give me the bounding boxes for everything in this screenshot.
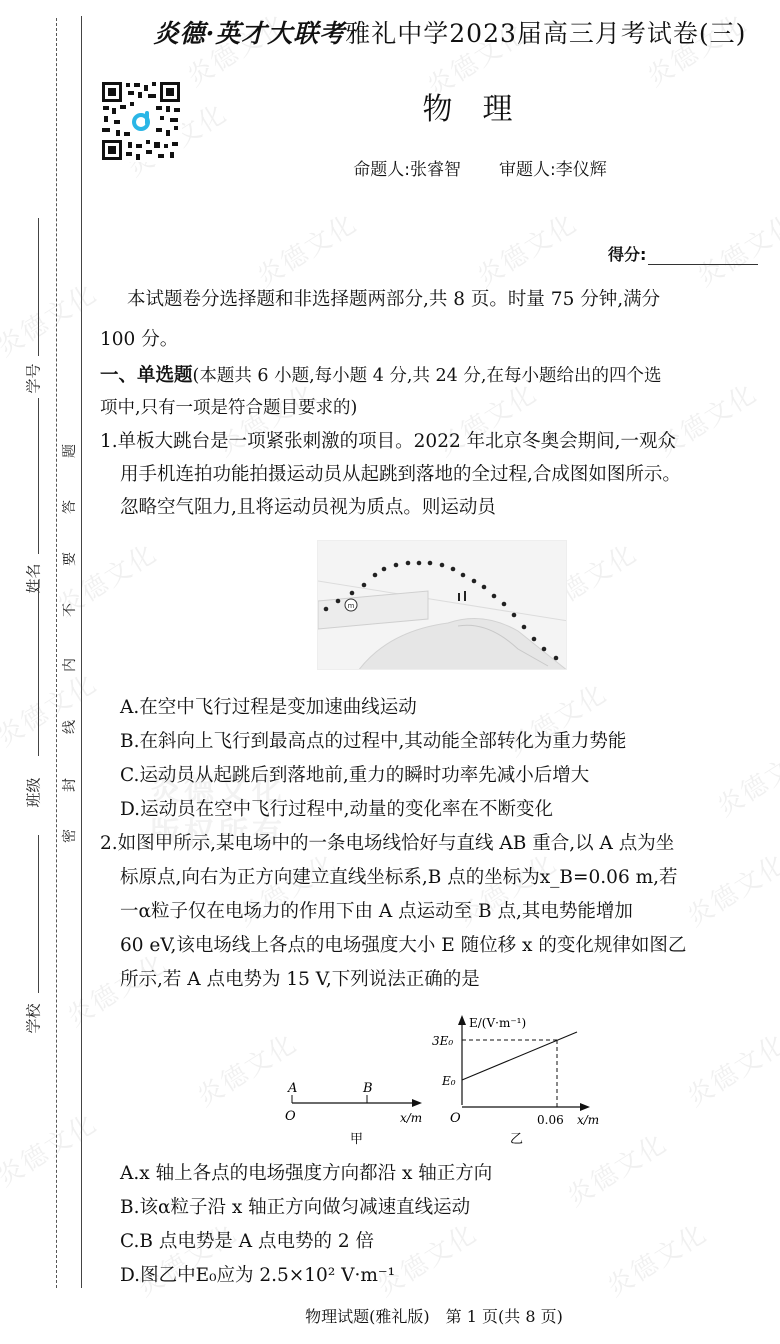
- question-2-line-5: 所示,若 A 点电势为 15 V,下列说法正确的是: [100, 964, 768, 995]
- seal-char: 密: [59, 828, 79, 844]
- section-1-heading: 一、单选题(本题共 6 小题,每小题 4 分,共 24 分,在每小题给出的四个选: [100, 360, 768, 392]
- class-line[interactable]: [38, 580, 39, 756]
- author-label: 命题人:张睿智: [353, 160, 461, 180]
- point-a-label: A: [287, 1081, 297, 1096]
- question-2-line-1: 2.如图甲所示,某电场中的一条电场线恰好与直线 AB 重合,以 A 点为坐: [100, 828, 768, 859]
- option-label: A.: [120, 1163, 139, 1184]
- q1-option-c[interactable]: C.运动员从起跳后到落地前,重力的瞬时功率先减小后增大: [100, 760, 768, 791]
- x-axis-label: x/m: [400, 1111, 422, 1125]
- question-stem: 单板大跳台是一项紧张刺激的项目。2022 年北京冬奥会期间,一观众: [118, 431, 676, 452]
- question-stem: 如图甲所示,某电场中的一条电场线恰好与直线 AB 重合,以 A 点为坐: [118, 833, 675, 854]
- question-1-line-3: 忽略空气阻力,且将运动员视为质点。则运动员: [100, 492, 768, 523]
- name-line[interactable]: [38, 398, 39, 554]
- exam-title: 炎德·英才大联考雅礼中学2023届高三月考试卷(三): [130, 14, 770, 50]
- score-blank[interactable]: [648, 247, 758, 265]
- seal-char: 不: [59, 602, 79, 618]
- score-field: 得分:: [608, 242, 758, 265]
- y-tick-e0: E₀: [441, 1074, 456, 1088]
- option-text: 该α粒子沿 x 轴正方向做匀减速直线运动: [139, 1197, 470, 1218]
- seal-char: 答: [59, 499, 79, 515]
- option-label: B.: [120, 731, 139, 752]
- option-text: B 点电势是 A 点电势的 2 倍: [139, 1231, 374, 1252]
- q1-option-a[interactable]: A.在空中飞行过程是变加速曲线运动: [100, 692, 768, 723]
- svg-text:m: m: [348, 602, 355, 610]
- school-label: 学校: [23, 1012, 44, 1034]
- seal-char: 线: [59, 719, 79, 735]
- x-axis-label: x/m: [577, 1113, 599, 1127]
- intro-line-1: 本试题卷分选择题和非选择题两部分,共 8 页。时量 75 分钟,满分: [100, 284, 768, 315]
- seal-char: 封: [59, 777, 79, 793]
- subject-title: 物理: [100, 84, 780, 128]
- intro-line-2: 100 分。: [100, 324, 768, 355]
- option-text: 图乙中E₀应为 2.5×10² V·m⁻¹: [140, 1265, 395, 1286]
- page-footer: 物理试题(雅礼版) 第 1 页(共 8 页): [100, 1304, 768, 1327]
- option-label: C.: [120, 765, 139, 786]
- x-tick-0.06: 0.06: [537, 1113, 564, 1127]
- option-text: 在空中飞行过程是变加速曲线运动: [139, 697, 417, 718]
- student-id-line[interactable]: [38, 218, 39, 356]
- question-1-line-1: 1.单板大跳台是一项紧张刺激的项目。2022 年北京冬奥会期间,一观众: [100, 426, 768, 457]
- q1-option-b[interactable]: B.在斜向上飞行到最高点的过程中,其动能全部转化为重力势能: [100, 726, 768, 757]
- q2-option-c[interactable]: C.B 点电势是 A 点电势的 2 倍: [100, 1226, 768, 1257]
- student-id-label: 学号: [23, 372, 44, 394]
- q2-option-b[interactable]: B.该α粒子沿 x 轴正方向做匀减速直线运动: [100, 1192, 768, 1223]
- section-note-cont: 项中,只有一项是符合题目要求的): [100, 393, 768, 424]
- y-tick-3e0: 3E₀: [432, 1034, 453, 1048]
- origin-label: O: [450, 1111, 461, 1126]
- watermark: 炎德文化: [469, 203, 584, 294]
- title-brand: 炎德·英才大联考: [154, 19, 346, 48]
- question-1-line-2: 用手机连拍功能拍摄运动员从起跳到落地的全过程,合成图如图所示。: [100, 459, 768, 490]
- option-text: x 轴上各点的电场强度方向都沿 x 轴正方向: [139, 1163, 492, 1184]
- section-title: 一、单选题: [100, 365, 193, 386]
- title-rest: 雅礼中学2023届高三月考试卷(三): [345, 19, 746, 48]
- margin-rule: [81, 16, 82, 1288]
- q2-option-a[interactable]: A.x 轴上各点的电场强度方向都沿 x 轴正方向: [100, 1158, 768, 1189]
- option-label: C.: [120, 1231, 139, 1252]
- q1-option-d[interactable]: D.运动员在空中飞行过程中,动量的变化率在不断变化: [100, 794, 768, 825]
- question-2-line-4: 60 eV,该电场线上各点的电场强度大小 E 随位移 x 的变化规律如图乙: [100, 930, 768, 961]
- option-text: 在斜向上飞行到最高点的过程中,其动能全部转化为重力势能: [139, 731, 626, 752]
- figure-jia-yi: A B O x/m 甲 E/(V·m⁻¹) 3E₀ E₀ O 0.06 x/m …: [272, 1010, 612, 1150]
- option-text: 运动员从起跳后到落地前,重力的瞬时功率先减小后增大: [139, 765, 589, 786]
- name-label: 姓名: [23, 572, 44, 594]
- reviewer-label: 审题人:李仪辉: [499, 160, 607, 180]
- seal-char: 题: [59, 443, 79, 459]
- q2-option-d[interactable]: D.图乙中E₀应为 2.5×10² V·m⁻¹: [100, 1260, 768, 1291]
- seal-char: 内: [59, 657, 79, 673]
- point-b-label: B: [362, 1081, 373, 1096]
- option-label: D.: [120, 1265, 140, 1286]
- cut-dotted-line: [56, 18, 57, 1288]
- seal-char: 要: [59, 551, 79, 567]
- watermark: 炎德文化: [679, 1023, 780, 1114]
- option-text: 运动员在空中飞行过程中,动量的变化率在不断变化: [140, 799, 553, 820]
- question-number: 1.: [100, 431, 118, 452]
- option-label: A.: [120, 697, 139, 718]
- origin-label: O: [285, 1109, 296, 1124]
- question-2-line-3: 一α粒子仅在电场力的作用下由 A 点运动至 B 点,其电势能增加: [100, 896, 768, 927]
- score-label: 得分:: [608, 245, 646, 264]
- option-label: B.: [120, 1197, 139, 1218]
- class-label: 班级: [23, 786, 44, 808]
- question-2-line-2: 标原点,向右为正方向建立直线坐标系,B 点的坐标为x_B=0.06 m,若: [100, 862, 768, 893]
- snowboard-jump-photo: m: [317, 540, 567, 670]
- school-line[interactable]: [38, 835, 39, 993]
- caption-yi: 乙: [510, 1132, 523, 1147]
- watermark: 炎德文化: [249, 203, 364, 294]
- question-number: 2.: [100, 833, 118, 854]
- caption-jia: 甲: [350, 1132, 363, 1147]
- section-note: (本题共 6 小题,每小题 4 分,共 24 分,在每小题给出的四个选: [193, 366, 662, 386]
- authors-line: 命题人:张睿智审题人:李仪辉: [100, 155, 780, 180]
- option-label: D.: [120, 799, 140, 820]
- y-axis-label: E/(V·m⁻¹): [469, 1016, 526, 1030]
- binding-margin: 学号 姓名 班级 学校 密 封 线 内 不 要 答 题: [0, 0, 95, 1344]
